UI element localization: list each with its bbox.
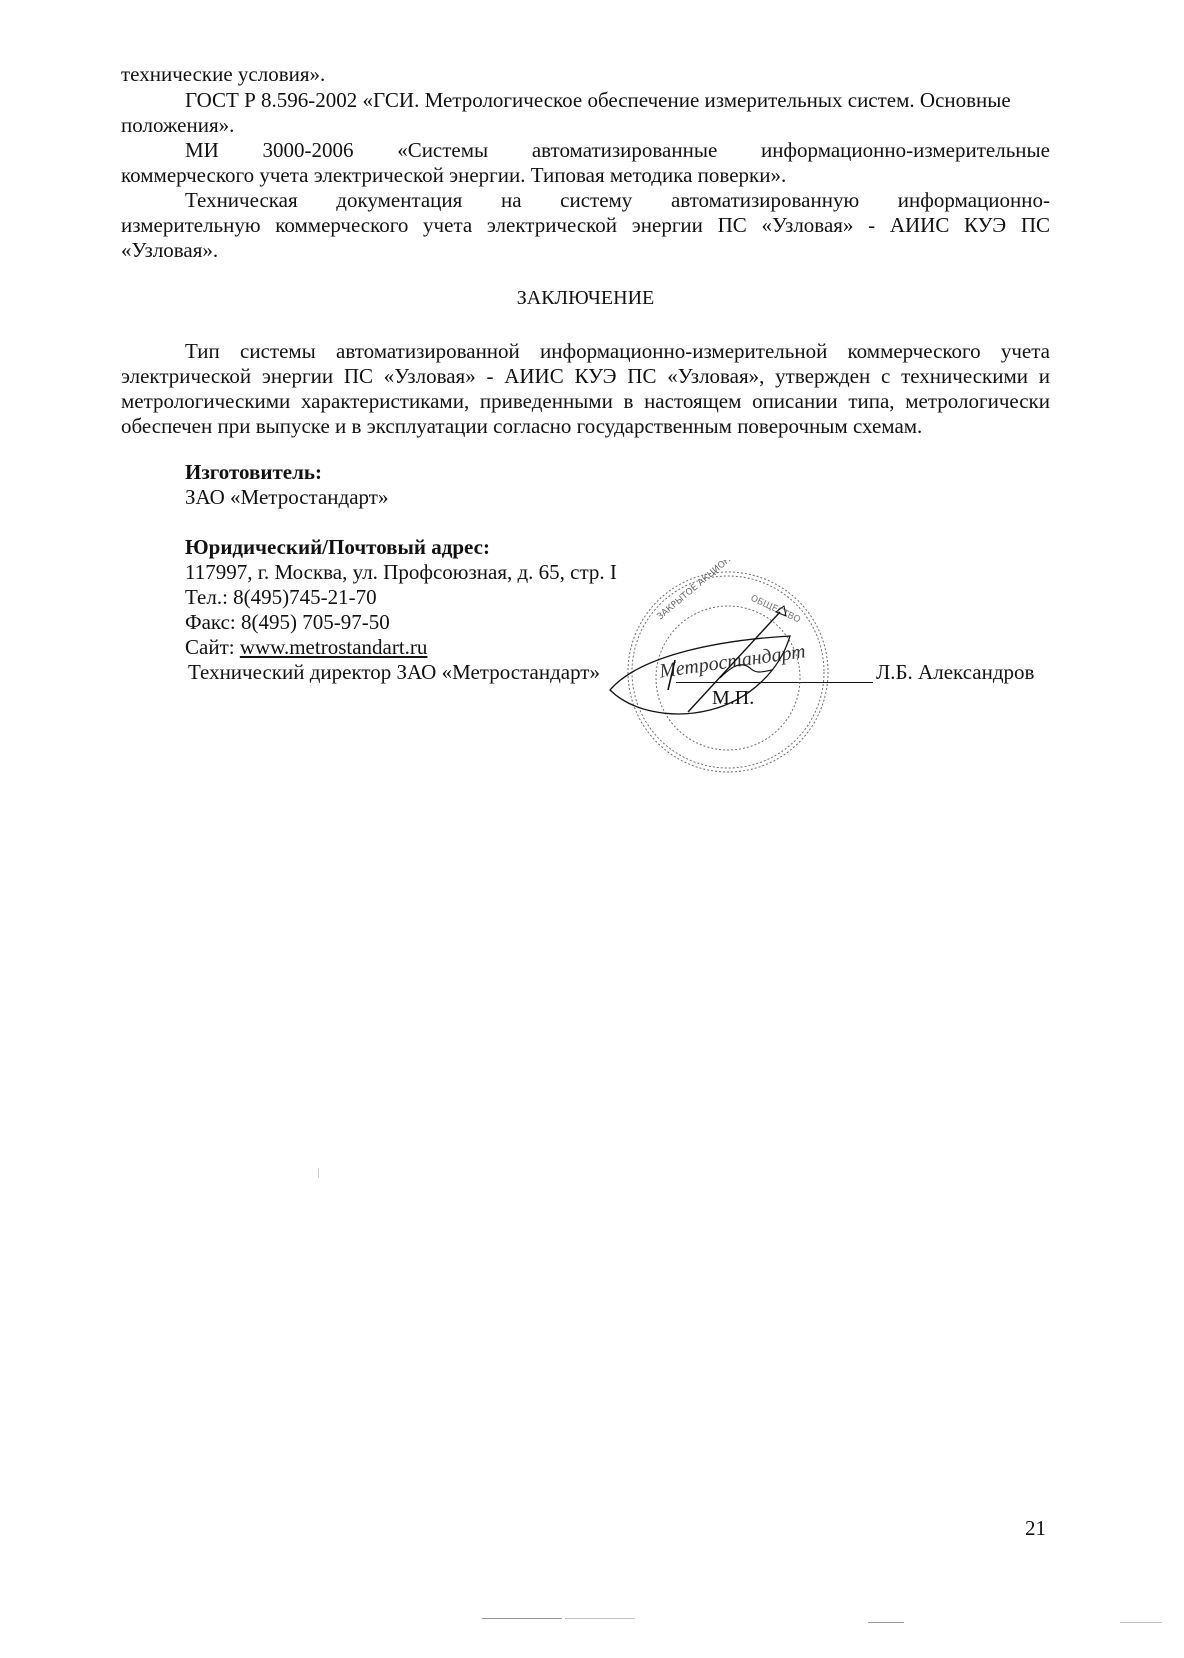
reference-mi-line-1: МИ 3000-2006 «Системы автоматизированные… xyxy=(185,138,1050,162)
reference-tech-line-3: «Узловая». xyxy=(121,238,218,262)
conclusion-line-4: обеспечен при выпуске и в эксплуатации с… xyxy=(121,414,922,438)
mi-word: информационно-измерительные xyxy=(761,138,1050,162)
svg-text:Метростандарт: Метростандарт xyxy=(657,640,807,682)
reference-gost-line-1: ГОСТ Р 8.596-2002 «ГСИ. Метрологическое … xyxy=(185,88,1011,112)
tech-word: систему xyxy=(560,188,632,212)
signatory-position: Технический директор ЗАО «Метростандарт» xyxy=(188,660,600,684)
mi-word: автоматизированные xyxy=(532,138,717,162)
address-label: Юридический/Почтовый адрес: xyxy=(185,535,490,559)
address-phone: Тел.: 8(495)745-21-70 xyxy=(185,585,377,609)
stamp-mark: М.П. xyxy=(712,686,754,710)
stamp-seal-icon: ЗАКРЫТОЕ АКЦИОНЕРНОЕ ОБЩЕСТВО Метростанд… xyxy=(600,560,860,780)
document-page: технические условия». ГОСТ Р 8.596-2002 … xyxy=(0,0,1184,1658)
scan-artifact xyxy=(318,1168,319,1178)
scan-artifact xyxy=(482,1618,562,1619)
scan-artifact xyxy=(868,1622,904,1623)
tech-word: автоматизированную xyxy=(671,188,859,212)
address-fax: Факс: 8(495) 705-97-50 xyxy=(185,610,390,634)
scan-artifact xyxy=(1120,1622,1162,1623)
tech-word: информационно- xyxy=(898,188,1050,212)
mi-word: «Системы xyxy=(397,138,488,162)
site-link[interactable]: www.metrostandart.ru xyxy=(240,635,428,659)
reference-tech-line-2: измерительную коммерческого учета электр… xyxy=(121,213,1050,237)
reference-mi-line-2: коммерческого учета электрической энерги… xyxy=(121,163,786,187)
signatory-name: Л.Б. Александров xyxy=(876,660,1034,684)
reference-tech-line-1: Техническая документация на систему авто… xyxy=(185,188,1050,212)
reference-continuation: технические условия». xyxy=(121,62,325,86)
tech-word: документация xyxy=(336,188,462,212)
manufacturer-name: ЗАО «Метростандарт» xyxy=(185,485,388,509)
conclusion-line-2: электрической энергии ПС «Узловая» - АИИ… xyxy=(121,364,1050,388)
conclusion-line-1: Тип системы автоматизированной информаци… xyxy=(185,339,1050,363)
tech-word: на xyxy=(501,188,522,212)
mi-word: 3000-2006 xyxy=(263,138,354,162)
address-street: 117997, г. Москва, ул. Профсоюзная, д. 6… xyxy=(185,560,617,584)
conclusion-line-3: метрологическими характеристиками, приве… xyxy=(121,389,1050,413)
svg-text:ЗАКРЫТОЕ АКЦИОНЕРНОЕ: ЗАКРЫТОЕ АКЦИОНЕРНОЕ xyxy=(656,560,757,622)
page-number: 21 xyxy=(1025,1516,1046,1540)
svg-text:ОБЩЕСТВО: ОБЩЕСТВО xyxy=(749,594,802,626)
tech-word: Техническая xyxy=(185,188,298,212)
scan-artifact xyxy=(565,1618,635,1619)
reference-gost-line-2: положения». xyxy=(121,113,234,137)
mi-word: МИ xyxy=(185,138,219,162)
manufacturer-label: Изготовитель: xyxy=(185,460,322,484)
site-label: Сайт: xyxy=(185,635,240,659)
conclusion-heading: ЗАКЛЮЧЕНИЕ xyxy=(121,286,1050,310)
address-site: Сайт: www.metrostandart.ru xyxy=(185,635,427,659)
